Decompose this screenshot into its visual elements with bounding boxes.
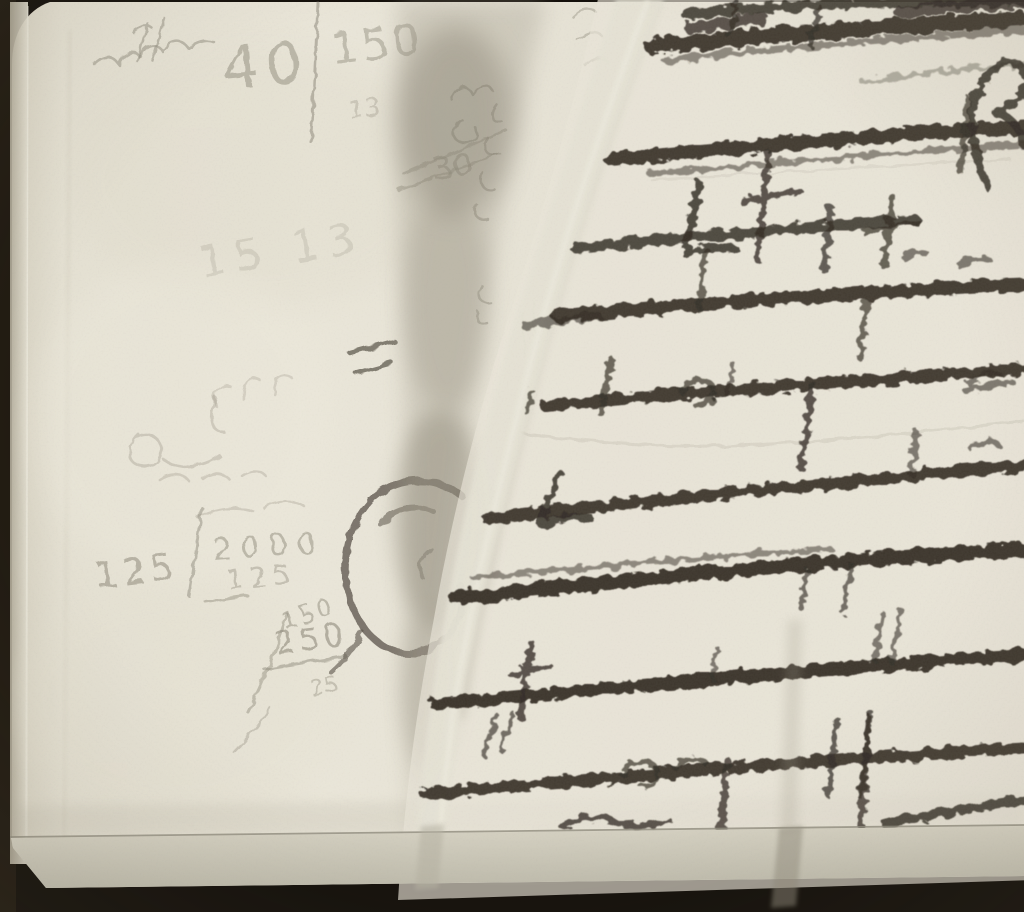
manuscript-scan: 40 150 13 30 15 13 125 2000 125 150 250 … [0, 0, 1024, 912]
scanned-sketchbook-photo: 40 150 13 30 15 13 125 2000 125 150 250 … [0, 0, 1024, 912]
photo-vignette [0, 0, 1024, 912]
